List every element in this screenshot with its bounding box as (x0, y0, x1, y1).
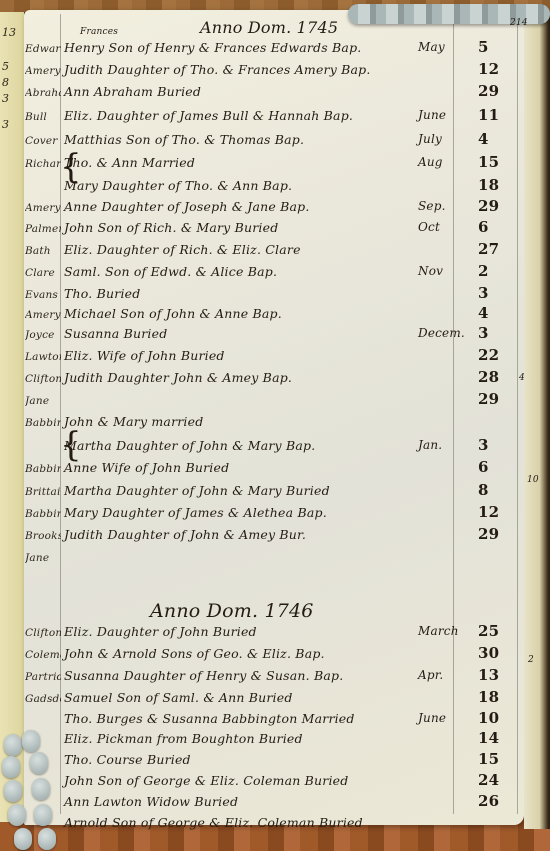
entry-day: 27 (478, 240, 499, 258)
entry-day: 15 (478, 153, 499, 171)
entry-text: Eliz. Pickman from Boughton Buried (64, 731, 303, 746)
entry-month: Jan. (418, 438, 442, 452)
entry-day: 13 (478, 666, 499, 684)
margin-surname: Joyce (25, 329, 61, 341)
margin-surname: Brooks (25, 530, 61, 542)
margin-surname: Bull (25, 111, 61, 123)
entry-text: Eliz. Wife of John Buried (64, 348, 225, 363)
margin-surname: Clifton (25, 627, 61, 639)
entry-day: 28 (478, 368, 499, 386)
margin-surname: Abraham (25, 87, 61, 99)
entry-month: July (418, 132, 442, 146)
entry-day: 6 (478, 458, 489, 476)
margin-surname: Richards & Neal (25, 158, 61, 170)
brace-1746: { (60, 428, 82, 462)
entry-text: John & Mary married (64, 414, 203, 429)
entry-text: John & Arnold Sons of Geo. & Eliz. Bap. (64, 646, 325, 661)
entry-text: Tho. Course Buried (64, 752, 191, 767)
margin-surname: Cover (25, 135, 61, 147)
margin-surname: Amery (25, 202, 61, 214)
page-number: 214 (510, 18, 528, 28)
entry-text: Samuel Son of Saml. & Ann Buried (64, 690, 293, 705)
entry-text: Matthias Son of Tho. & Thomas Bap. (64, 132, 304, 147)
year-heading-1746: Anno Dom. 1746 (150, 600, 314, 622)
margin-surname: Babbington & Veal (25, 417, 61, 429)
margin-surname: Evans (25, 289, 61, 301)
entry-day: 6 (478, 218, 489, 236)
margin-surname: Jane (25, 552, 61, 564)
entry-day: 26 (478, 792, 499, 810)
right-margin-mark: 4 (519, 373, 525, 383)
entry-day: 3 (478, 284, 489, 302)
entry-day: 18 (478, 176, 499, 194)
margin-surname: Edwards (25, 43, 61, 55)
left-page-number: 3 (2, 92, 9, 105)
entry-text: Susanna Buried (64, 326, 167, 341)
entry-day: 12 (478, 503, 499, 521)
entry-day: 22 (478, 346, 499, 364)
margin-surname: Bath (25, 245, 61, 257)
entry-day: 5 (478, 38, 489, 56)
entry-month: June (418, 108, 446, 122)
left-page-number: 13 (2, 26, 16, 39)
entry-day: 3 (478, 324, 489, 342)
entry-day: 4 (478, 304, 489, 322)
entry-text: Saml. Son of Edwd. & Alice Bap. (64, 264, 277, 279)
entry-day: 29 (478, 390, 499, 408)
margin-surname: Brittain (25, 486, 61, 498)
entry-day: 3 (478, 436, 489, 454)
entry-text: Anne Wife of John Buried (64, 460, 229, 475)
entry-day: 10 (478, 709, 499, 727)
entry-text: Judith Daughter of John & Amey Bur. (64, 527, 306, 542)
entry-day: 4 (478, 130, 489, 148)
entry-day: 18 (478, 688, 499, 706)
margin-surname: Babbington (25, 508, 61, 520)
entry-text: Mary Daughter of James & Alethea Bap. (64, 505, 327, 520)
year-heading-1745: Anno Dom. 1745 (200, 18, 338, 37)
entry-month: May (418, 40, 445, 54)
right-margin-mark: 10 (527, 475, 539, 485)
entry-text: Eliz. Daughter of Rich. & Eliz. Clare (64, 242, 301, 257)
page-edge (524, 14, 550, 829)
margin-surname: Amery (25, 65, 61, 77)
margin-surname: Clifton (25, 373, 61, 385)
brace-1745: { (60, 150, 82, 184)
entry-month: Sep. (418, 199, 446, 213)
entry-month: Oct (418, 220, 440, 234)
entry-day: 12 (478, 60, 499, 78)
left-page-edge: 13 5 8 3 3 (0, 12, 26, 822)
margin-surname: Partridge (25, 671, 61, 683)
entry-text: Arnold Son of George & Eliz. Coleman Bur… (64, 815, 363, 830)
entry-text: John Son of George & Eliz. Coleman Burie… (64, 773, 348, 788)
entry-text: Michael Son of John & Anne Bap. (64, 306, 282, 321)
entry-text: Anne Daughter of Joseph & Jane Bap. (64, 199, 310, 214)
bookmark-cord-left (0, 730, 58, 851)
entry-day: 11 (478, 106, 499, 124)
entry-text: Tho. Buried (64, 286, 140, 301)
entry-month: June (418, 711, 446, 725)
entry-month: Apr. (418, 668, 443, 682)
entry-day: 2 (478, 262, 489, 280)
entry-text: Tho. Burges & Susanna Babbington Married (64, 711, 355, 726)
interlinear-insertion: Frances (80, 27, 118, 37)
entry-day: 14 (478, 729, 499, 747)
entry-text: John Son of Rich. & Mary Buried (64, 220, 278, 235)
right-rule (517, 14, 518, 814)
entry-day: 29 (478, 82, 499, 100)
entry-text: Mary Daughter of Tho. & Ann Bap. (64, 178, 292, 193)
entry-day: 29 (478, 197, 499, 215)
margin-surname: Palmer (25, 223, 61, 235)
entry-month: Decem. (418, 326, 465, 340)
entry-text: Ann Abraham Buried (64, 84, 201, 99)
entry-text: Martha Daughter of John & Mary Buried (64, 483, 330, 498)
margin-surname: Amery (25, 309, 61, 321)
entry-text: Susanna Daughter of Henry & Susan. Bap. (64, 668, 343, 683)
margin-surname: Babbington (25, 463, 61, 475)
entry-text: Judith Daughter of Tho. & Frances Amery … (64, 62, 371, 77)
entry-day: 24 (478, 771, 499, 789)
date-column-rule (453, 14, 454, 814)
margin-surname: Gadsdon, (25, 693, 61, 705)
entry-day: 15 (478, 750, 499, 768)
entry-text: Ann Lawton Widow Buried (64, 794, 238, 809)
entry-month: Aug (418, 155, 443, 169)
entry-text: Tho. & Ann Married (64, 155, 195, 170)
entry-text: Martha Daughter of John & Mary Bap. (64, 438, 315, 453)
entry-text: Henry Son of Henry & Frances Edwards Bap… (64, 40, 361, 55)
margin-surname: Lawton (25, 351, 61, 363)
margin-surname: Jane (25, 395, 61, 407)
entry-text: Eliz. Daughter of James Bull & Hannah Ba… (64, 108, 353, 123)
entry-text: Judith Daughter John & Amey Bap. (64, 370, 292, 385)
left-page-number: 8 (2, 76, 9, 89)
right-margin-mark: 2 (528, 655, 534, 665)
left-page-number: 3 (2, 118, 9, 131)
entry-day: 29 (478, 525, 499, 543)
entry-text: Eliz. Daughter of John Buried (64, 624, 257, 639)
entry-day: 25 (478, 622, 499, 640)
margin-surname: Clare (25, 267, 61, 279)
entry-month: Nov (418, 264, 443, 278)
margin-surname: Coleman, (25, 649, 61, 661)
left-page-number: 5 (2, 60, 9, 73)
entry-day: 30 (478, 644, 499, 662)
entry-month: March (418, 624, 459, 638)
entry-day: 8 (478, 481, 489, 499)
